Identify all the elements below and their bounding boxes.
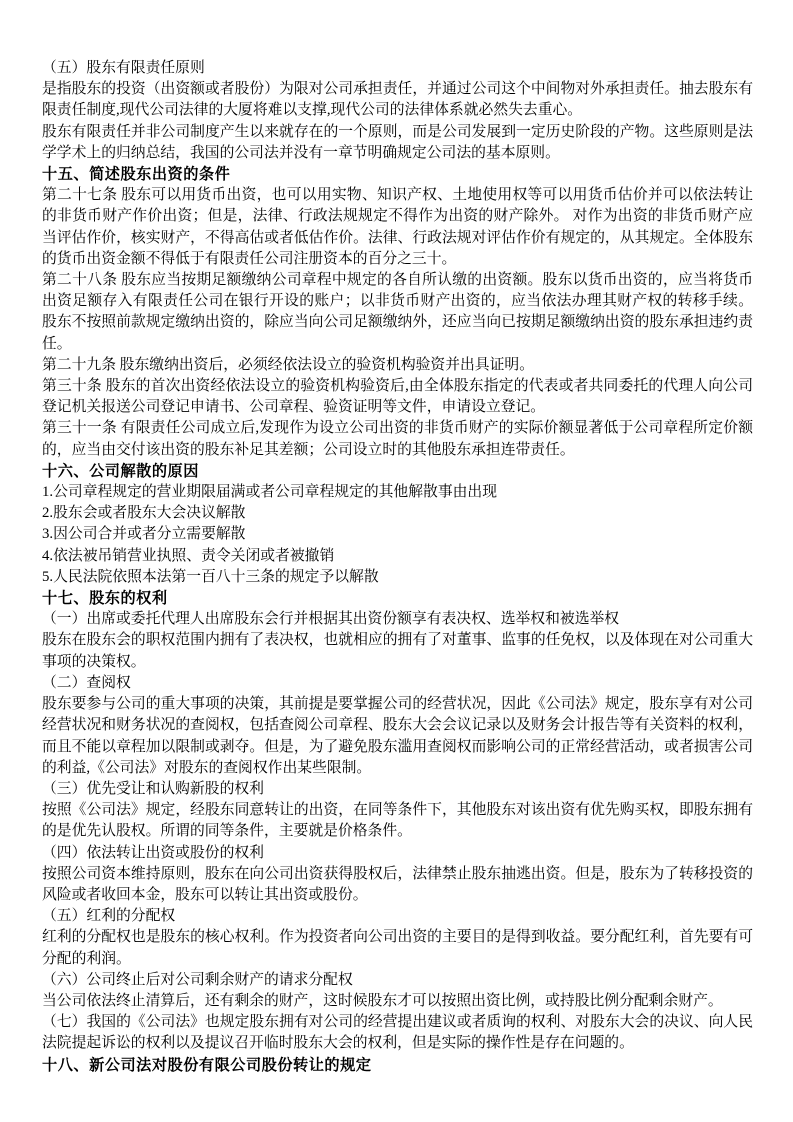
document-page: （五）股东有限责任原则是指股东的投资（出资额或者股份）为限对公司承担责任，并通过… [0, 0, 793, 1122]
paragraph: 第三十条 股东的首次出资经依法设立的验资机构验资后,由全体股东指定的代表或者共同… [42, 376, 753, 418]
paragraph: 股东在股东会的职权范围内拥有了表决权，也就相应的拥有了对董事、监事的任免权，以及… [42, 630, 753, 672]
paragraph: 第二十七条 股东可以用货币出资，也可以用实物、知识产权、土地使用权等可以用货币估… [42, 185, 753, 270]
paragraph: 1.公司章程规定的营业期限届满或者公司章程规定的其他解散事由出现 [42, 482, 753, 503]
section-heading: 十七、股东的权利 [42, 588, 753, 609]
paragraph: 第二十九条 股东缴纳出资后，必须经依法设立的验资机构验资并出具证明。 [42, 355, 753, 376]
paragraph: 按照公司资本维持原则，股东在向公司出资获得股权后，法律禁止股东抽逃出资。但是，股… [42, 864, 753, 906]
paragraph: （四）依法转让出资或股份的权利 [42, 843, 753, 864]
paragraph: （二）查阅权 [42, 673, 753, 694]
paragraph: 红利的分配权也是股东的核心权利。作为投资者向公司出资的主要目的是得到收益。要分配… [42, 927, 753, 969]
section-heading: 十六、公司解散的原因 [42, 461, 753, 482]
paragraph: （五）红利的分配权 [42, 906, 753, 927]
paragraph: 股东要参与公司的重大事项的决策，其前提是要掌握公司的经营状况，因此《公司法》规定… [42, 694, 753, 779]
paragraph: （一）出席或委托代理人出席股东会行并根据其出资份额享有表决权、选举权和被选举权 [42, 609, 753, 630]
paragraph: 第三十一条 有限责任公司成立后,发现作为设立公司出资的非货币财产的实际价额显著低… [42, 418, 753, 460]
paragraph: （五）股东有限责任原则 [42, 58, 753, 79]
paragraph: 是指股东的投资（出资额或者股份）为限对公司承担责任，并通过公司这个中间物对外承担… [42, 79, 753, 121]
paragraph: 第二十八条 股东应当按期足额缴纳公司章程中规定的各自所认缴的出资额。股东以货币出… [42, 270, 753, 355]
paragraph: 4.依法被吊销营业执照、责令关闭或者被撤销 [42, 546, 753, 567]
paragraph: 5.人民法院依照本法第一百八十三条的规定予以解散 [42, 567, 753, 588]
section-heading: 十八、新公司法对股份有限公司股份转让的规定 [42, 1055, 753, 1076]
document-body: （五）股东有限责任原则是指股东的投资（出资额或者股份）为限对公司承担责任，并通过… [42, 58, 753, 1076]
paragraph: 按照《公司法》规定，经股东同意转让的出资，在同等条件下，其他股东对该出资有优先购… [42, 800, 753, 842]
paragraph: 3.因公司合并或者分立需要解散 [42, 524, 753, 545]
paragraph: （七）我国的《公司法》也规定股东拥有对公司的经营提出建议或者质询的权利、对股东大… [42, 1012, 753, 1054]
paragraph: 股东有限责任并非公司制度产生以来就存在的一个原则，而是公司发展到一定历史阶段的产… [42, 122, 753, 164]
paragraph: （三）优先受让和认购新股的权利 [42, 779, 753, 800]
paragraph: （六）公司终止后对公司剩余财产的请求分配权 [42, 970, 753, 991]
section-heading: 十五、简述股东出资的条件 [42, 164, 753, 185]
paragraph: 2.股东会或者股东大会决议解散 [42, 503, 753, 524]
paragraph: 当公司依法终止清算后，还有剩余的财产，这时候股东才可以按照出资比例，或持股比例分… [42, 991, 753, 1012]
